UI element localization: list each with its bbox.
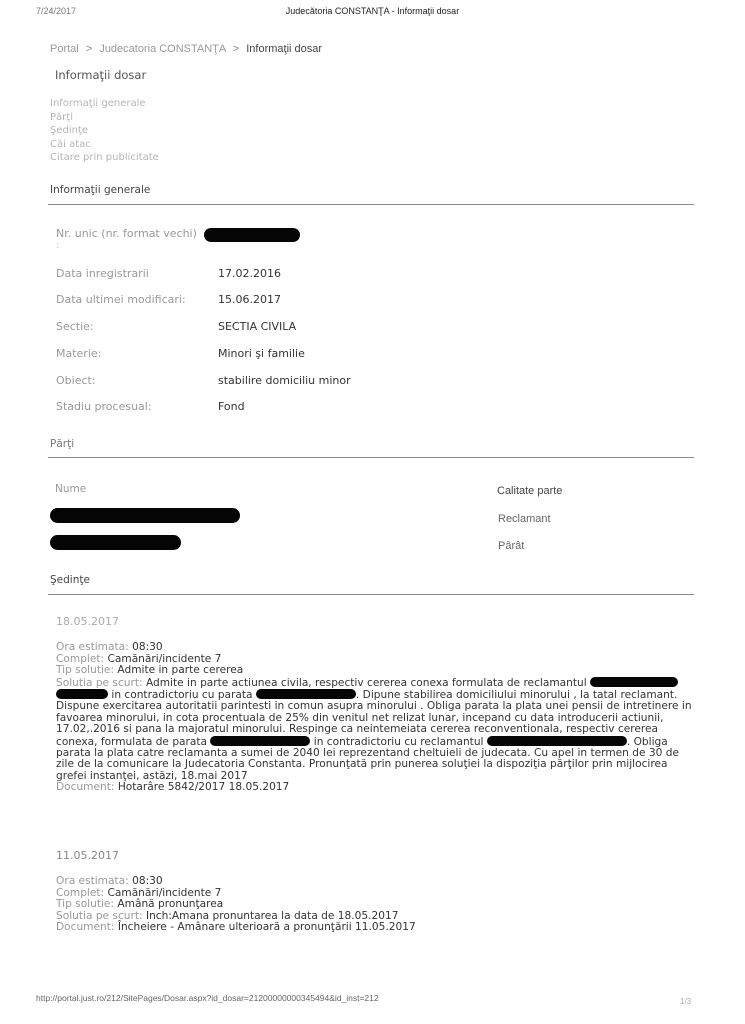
info-value: 15.06.2017 bbox=[218, 293, 281, 306]
redaction-mark bbox=[210, 736, 310, 746]
breadcrumb-court[interactable]: Judecatoria CONSTANŢA bbox=[99, 43, 225, 55]
print-header: 7/24/2017 Judecătoria CONSTANŢA - Inform… bbox=[0, 6, 745, 22]
section-anchor-nav: Informaţii generale Părţi Şedinţe Căi at… bbox=[50, 97, 159, 165]
info-value: Minori şi familie bbox=[218, 347, 305, 360]
print-page-title: Judecătoria CONSTANŢA - Informaţii dosar bbox=[0, 6, 745, 16]
party-role: Reclamant bbox=[498, 513, 551, 525]
info-label: Nr. unic (nr. format vechi) bbox=[56, 227, 197, 240]
hearing-solution-type: Tip solutie: Admite in parte cererea bbox=[56, 665, 696, 676]
section-title-hearings: Şedinţe bbox=[50, 574, 90, 586]
hearing-date: 18.05.2017 bbox=[56, 616, 696, 627]
section-divider bbox=[48, 594, 694, 595]
hearing-document-link[interactable]: Hotarâre 5842/2017 18.05.2017 bbox=[118, 781, 289, 793]
info-value: stabilire domiciliu minor bbox=[218, 374, 351, 387]
info-label-colon: : bbox=[56, 240, 59, 251]
hearing-date: 11.05.2017 bbox=[56, 850, 696, 861]
breadcrumb-portal[interactable]: Portal bbox=[50, 43, 79, 55]
info-label: Stadiu procesual: bbox=[56, 400, 152, 413]
hearing-document-link[interactable]: Încheiere - Amânare ulterioară a pronunţ… bbox=[118, 921, 416, 933]
party-name-redacted bbox=[50, 535, 181, 550]
info-label: Data inregistrarii bbox=[56, 267, 149, 280]
anchor-general-info[interactable]: Informaţii generale bbox=[50, 97, 159, 111]
breadcrumb-separator: > bbox=[86, 43, 92, 55]
print-footer-url: http://portal.just.ro/212/SitePages/Dosa… bbox=[36, 993, 379, 1003]
hearing-document: Document: Hotarâre 5842/2017 18.05.2017 bbox=[56, 782, 696, 793]
anchor-parties[interactable]: Părţi bbox=[50, 111, 159, 125]
page-title: Informaţii dosar bbox=[55, 68, 146, 82]
breadcrumb-separator: > bbox=[233, 43, 239, 55]
redaction-mark bbox=[590, 677, 678, 687]
info-label: Data ultimei modificari: bbox=[56, 293, 186, 306]
redaction-mark bbox=[487, 736, 627, 746]
info-label: Materie: bbox=[56, 347, 101, 360]
breadcrumb-current: Informaţii dosar bbox=[246, 43, 322, 55]
parties-header-name: Nume bbox=[55, 483, 86, 495]
breadcrumb: Portal > Judecatoria CONSTANŢA > Informa… bbox=[50, 43, 322, 55]
info-value: SECTIA CIVILA bbox=[218, 320, 296, 333]
hearing-entry: 18.05.2017 Ora estimata: 08:30 Complet: … bbox=[56, 616, 696, 794]
hearing-document: Document: Încheiere - Amânare ulterioară… bbox=[56, 922, 696, 933]
print-page-number: 1/3 bbox=[680, 997, 691, 1006]
section-title-parties: Părţi bbox=[50, 438, 74, 450]
hearing-entry: 11.05.2017 Ora estimata: 08:30 Complet: … bbox=[56, 850, 696, 933]
section-divider bbox=[48, 457, 694, 458]
info-label: Sectie: bbox=[56, 320, 94, 333]
hearing-solution-summary: Solutia pe scurt: Admite in parte actiun… bbox=[56, 677, 696, 783]
info-label: Obiect: bbox=[56, 374, 96, 387]
anchor-public-summons[interactable]: Citare prin publicitate bbox=[50, 151, 159, 165]
anchor-hearings[interactable]: Şedinţe bbox=[50, 124, 159, 138]
redaction-mark bbox=[204, 228, 300, 242]
redaction-mark bbox=[56, 689, 108, 699]
section-divider bbox=[48, 204, 694, 205]
party-name-redacted bbox=[50, 508, 240, 523]
info-value: Fond bbox=[218, 400, 245, 413]
party-role: Pârât bbox=[498, 540, 524, 552]
parties-header-role: Calitate parte bbox=[497, 485, 562, 497]
section-title-general-info: Informaţii generale bbox=[50, 184, 150, 196]
anchor-appeals[interactable]: Căi atac bbox=[50, 138, 159, 152]
redaction-mark bbox=[256, 689, 356, 699]
info-value: 17.02.2016 bbox=[218, 267, 281, 280]
